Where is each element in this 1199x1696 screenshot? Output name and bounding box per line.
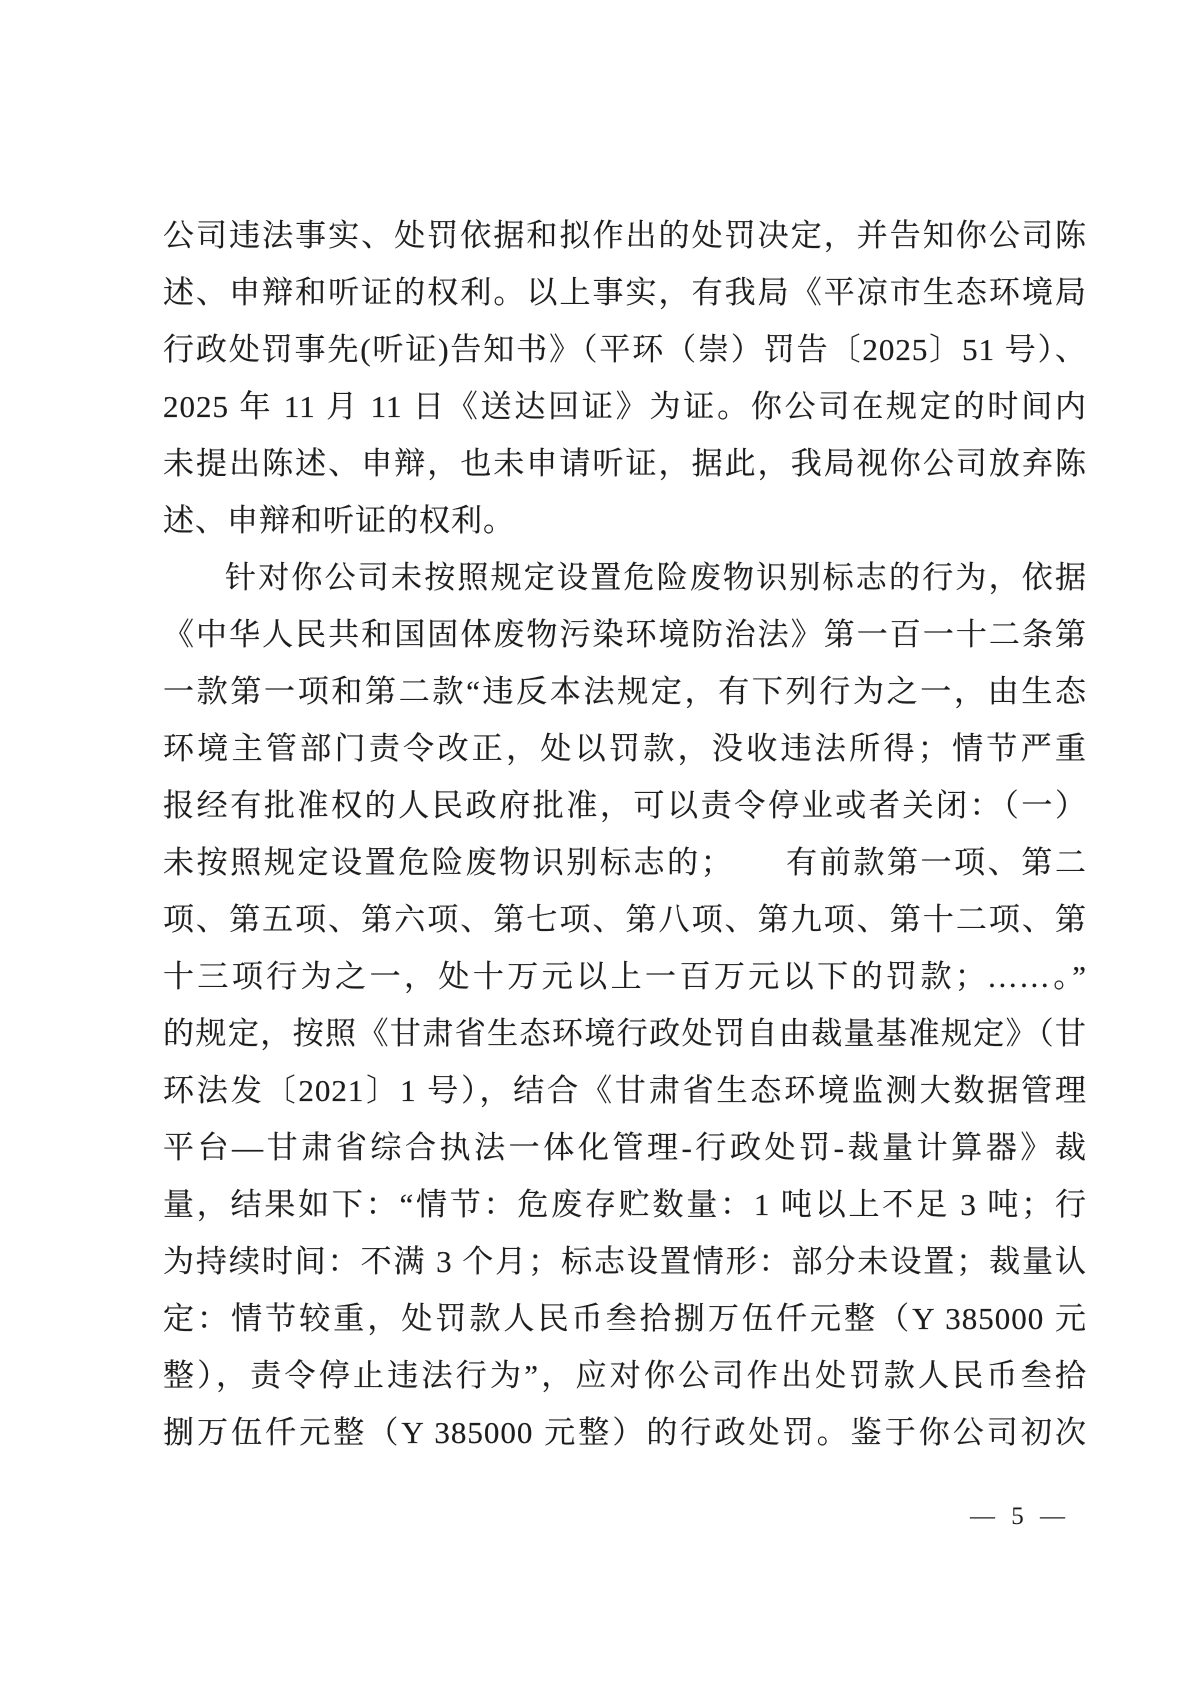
text-line: 述、申辩和听证的权利。以上事实，有我局《平凉市生态环境局 — [163, 264, 1087, 321]
text-line: 《中华人民共和国固体废物污染环境防治法》第一百一十二条第 — [163, 606, 1087, 663]
text-line: 整），责令停止违法行为”，应对你公司作出处罚款人民币叁拾 — [163, 1347, 1087, 1404]
text-line-paragraph-start: 针对你公司未按照规定设置危险废物识别标志的行为，依据 — [163, 549, 1087, 606]
text-line: 为持续时间：不满 3 个月；标志设置情形：部分未设置；裁量认 — [163, 1233, 1087, 1290]
text-line: 未按照规定设置危险废物识别标志的； 有前款第一项、第二 — [163, 834, 1087, 891]
text-line: 项、第五项、第六项、第七项、第八项、第九项、第十二项、第 — [163, 891, 1087, 948]
text-line: 环境主管部门责令改正，处以罚款，没收违法所得；情节严重的， — [163, 720, 1087, 777]
page-number: — 5 — — [955, 1503, 1085, 1531]
text-line: 公司违法事实、处罚依据和拟作出的处罚决定，并告知你公司陈 — [163, 207, 1087, 264]
text-line: 一款第一项和第二款“违反本法规定，有下列行为之一，由生态 — [163, 663, 1087, 720]
text-line: 量，结果如下：“情节：危废存贮数量：1 吨以上不足 3 吨；行 — [163, 1176, 1087, 1233]
text-line: 十三项行为之一，处十万元以上一百万元以下的罚款；……。” — [163, 948, 1087, 1005]
text-line: 行政处罚事先(听证)告知书》（平环（崇）罚告〔2025〕51 号）、 — [163, 321, 1087, 378]
text-line-paragraph-end: 述、申辩和听证的权利。 — [163, 492, 1087, 549]
text-line: 定：情节较重，处罚款人民币叁拾捌万伍仟元整（Y 385000 元 — [163, 1290, 1087, 1347]
document-page: 公司违法事实、处罚依据和拟作出的处罚决定，并告知你公司陈 述、申辩和听证的权利。… — [0, 0, 1199, 1696]
text-line: 未提出陈述、申辩，也未申请听证，据此，我局视你公司放弃陈 — [163, 435, 1087, 492]
text-line: 平台—甘肃省综合执法一体化管理-行政处罚-裁量计算器》裁 — [163, 1119, 1087, 1176]
text-line: 报经有批准权的人民政府批准，可以责令停业或者关闭：（一） — [163, 777, 1087, 834]
text-line: 2025 年 11 月 11 日《送达回证》为证。你公司在规定的时间内 — [163, 378, 1087, 435]
text-line: 的规定，按照《甘肃省生态环境行政处罚自由裁量基准规定》（甘 — [163, 1005, 1087, 1062]
text-line: 环法发〔2021〕1 号），结合《甘肃省生态环境监测大数据管理 — [163, 1062, 1087, 1119]
document-body: 公司违法事实、处罚依据和拟作出的处罚决定，并告知你公司陈 述、申辩和听证的权利。… — [163, 207, 1087, 1461]
text-line: 捌万伍仟元整（Y 385000 元整）的行政处罚。鉴于你公司初次 — [163, 1404, 1087, 1461]
